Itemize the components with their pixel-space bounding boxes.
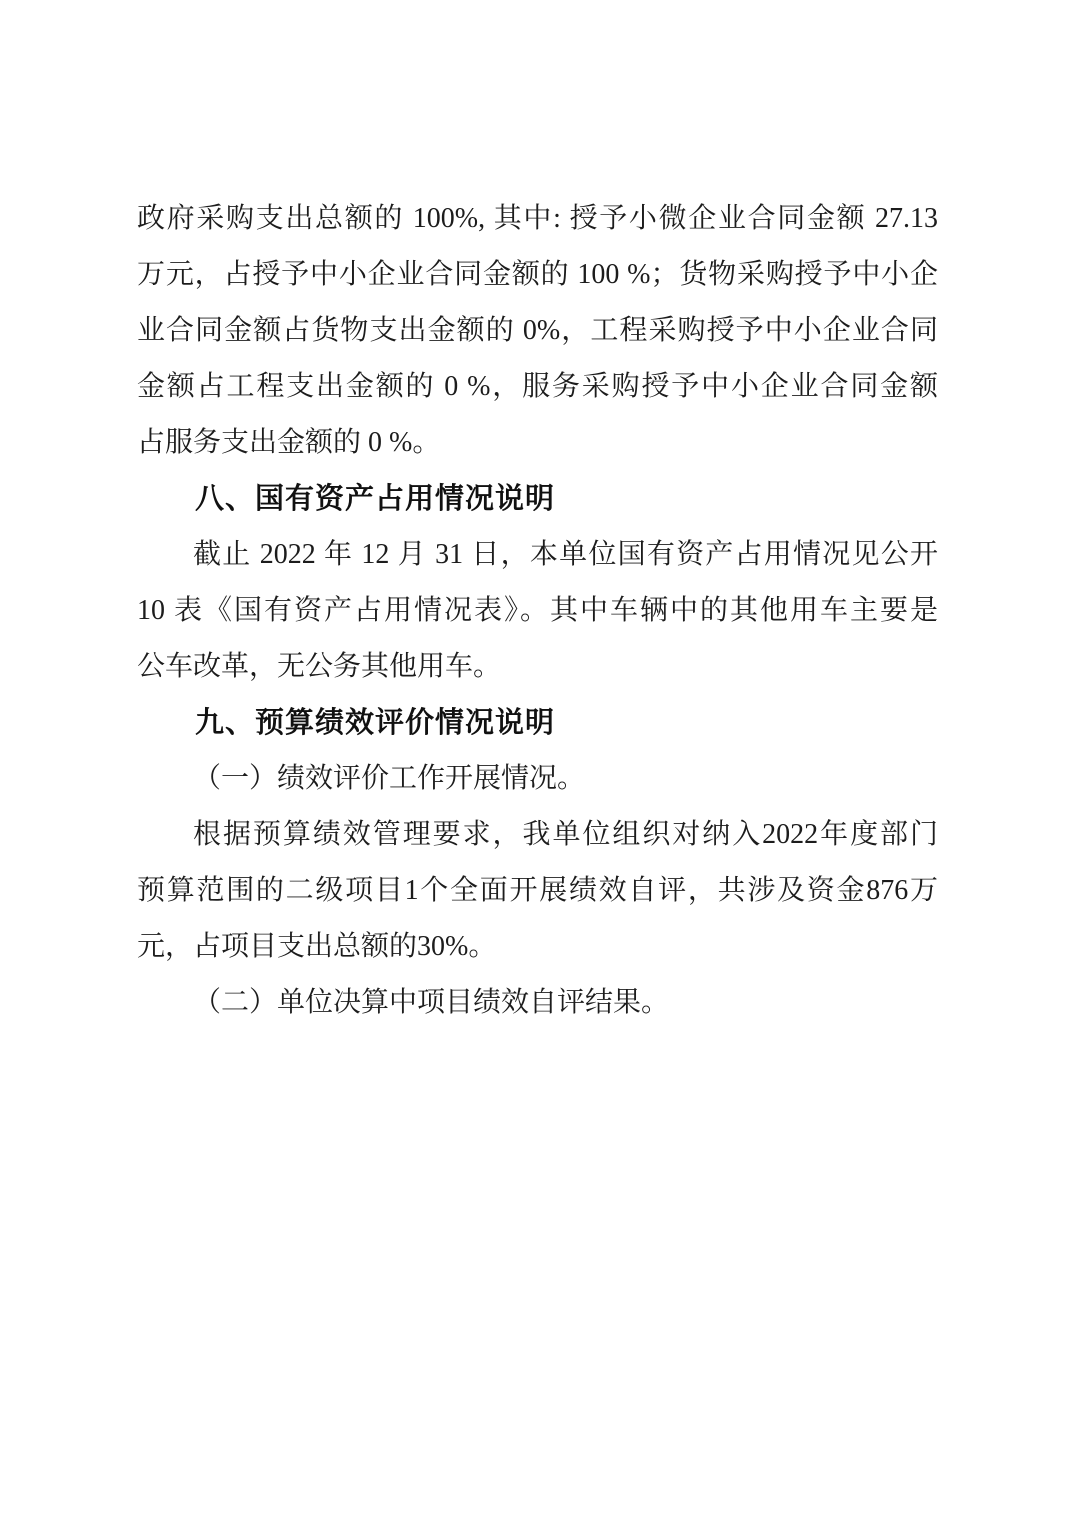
text-line: 10 表《国有资产占用情况表》。其中车辆中的其他用车主要是 <box>137 583 938 639</box>
text-line: 万元，占授予中小企业合同金额的 100 %；货物采购授予中小企 <box>137 247 938 303</box>
document-body: 政府采购支出总额的 100%, 其中: 授予小微企业合同金额 27.13 万元，… <box>137 0 938 1031</box>
text-line: 元，占项目支出总额的30%。 <box>137 919 938 975</box>
text-line: 根据预算绩效管理要求，我单位组织对纳入2022年度部门 <box>137 807 938 863</box>
paragraph-evaluation-subtitle-1: （一）绩效评价工作开展情况。 <box>137 751 938 807</box>
paragraph-procurement: 政府采购支出总额的 100%, 其中: 授予小微企业合同金额 27.13 万元，… <box>137 191 938 471</box>
text-line: 公车改革，无公务其他用车。 <box>137 639 938 695</box>
paragraph-state-assets: 截止 2022 年 12 月 31 日，本单位国有资产占用情况见公开 10 表《… <box>137 527 938 695</box>
text-line: 截止 2022 年 12 月 31 日，本单位国有资产占用情况见公开 <box>137 527 938 583</box>
section-heading-state-assets: 八、国有资产占用情况说明 <box>137 471 938 527</box>
text-line: （二）单位决算中项目绩效自评结果。 <box>137 975 938 1031</box>
document-page: 政府采购支出总额的 100%, 其中: 授予小微企业合同金额 27.13 万元，… <box>0 0 1074 1520</box>
paragraph-evaluation-subtitle-2: （二）单位决算中项目绩效自评结果。 <box>137 975 938 1031</box>
text-line: 业合同金额占货物支出金额的 0%，工程采购授予中小企业合同 <box>137 303 938 359</box>
text-line: 金额占工程支出金额的 0 %，服务采购授予中小企业合同金额 <box>137 359 938 415</box>
section-heading-performance-evaluation: 九、预算绩效评价情况说明 <box>137 695 938 751</box>
text-line: （一）绩效评价工作开展情况。 <box>137 751 938 807</box>
text-line: 政府采购支出总额的 100%, 其中: 授予小微企业合同金额 27.13 <box>137 191 938 247</box>
paragraph-self-evaluation: 根据预算绩效管理要求，我单位组织对纳入2022年度部门 预算范围的二级项目1个全… <box>137 807 938 975</box>
text-line: 占服务支出金额的 0 %。 <box>137 415 938 471</box>
text-line: 预算范围的二级项目1个全面开展绩效自评，共涉及资金876万 <box>137 863 938 919</box>
